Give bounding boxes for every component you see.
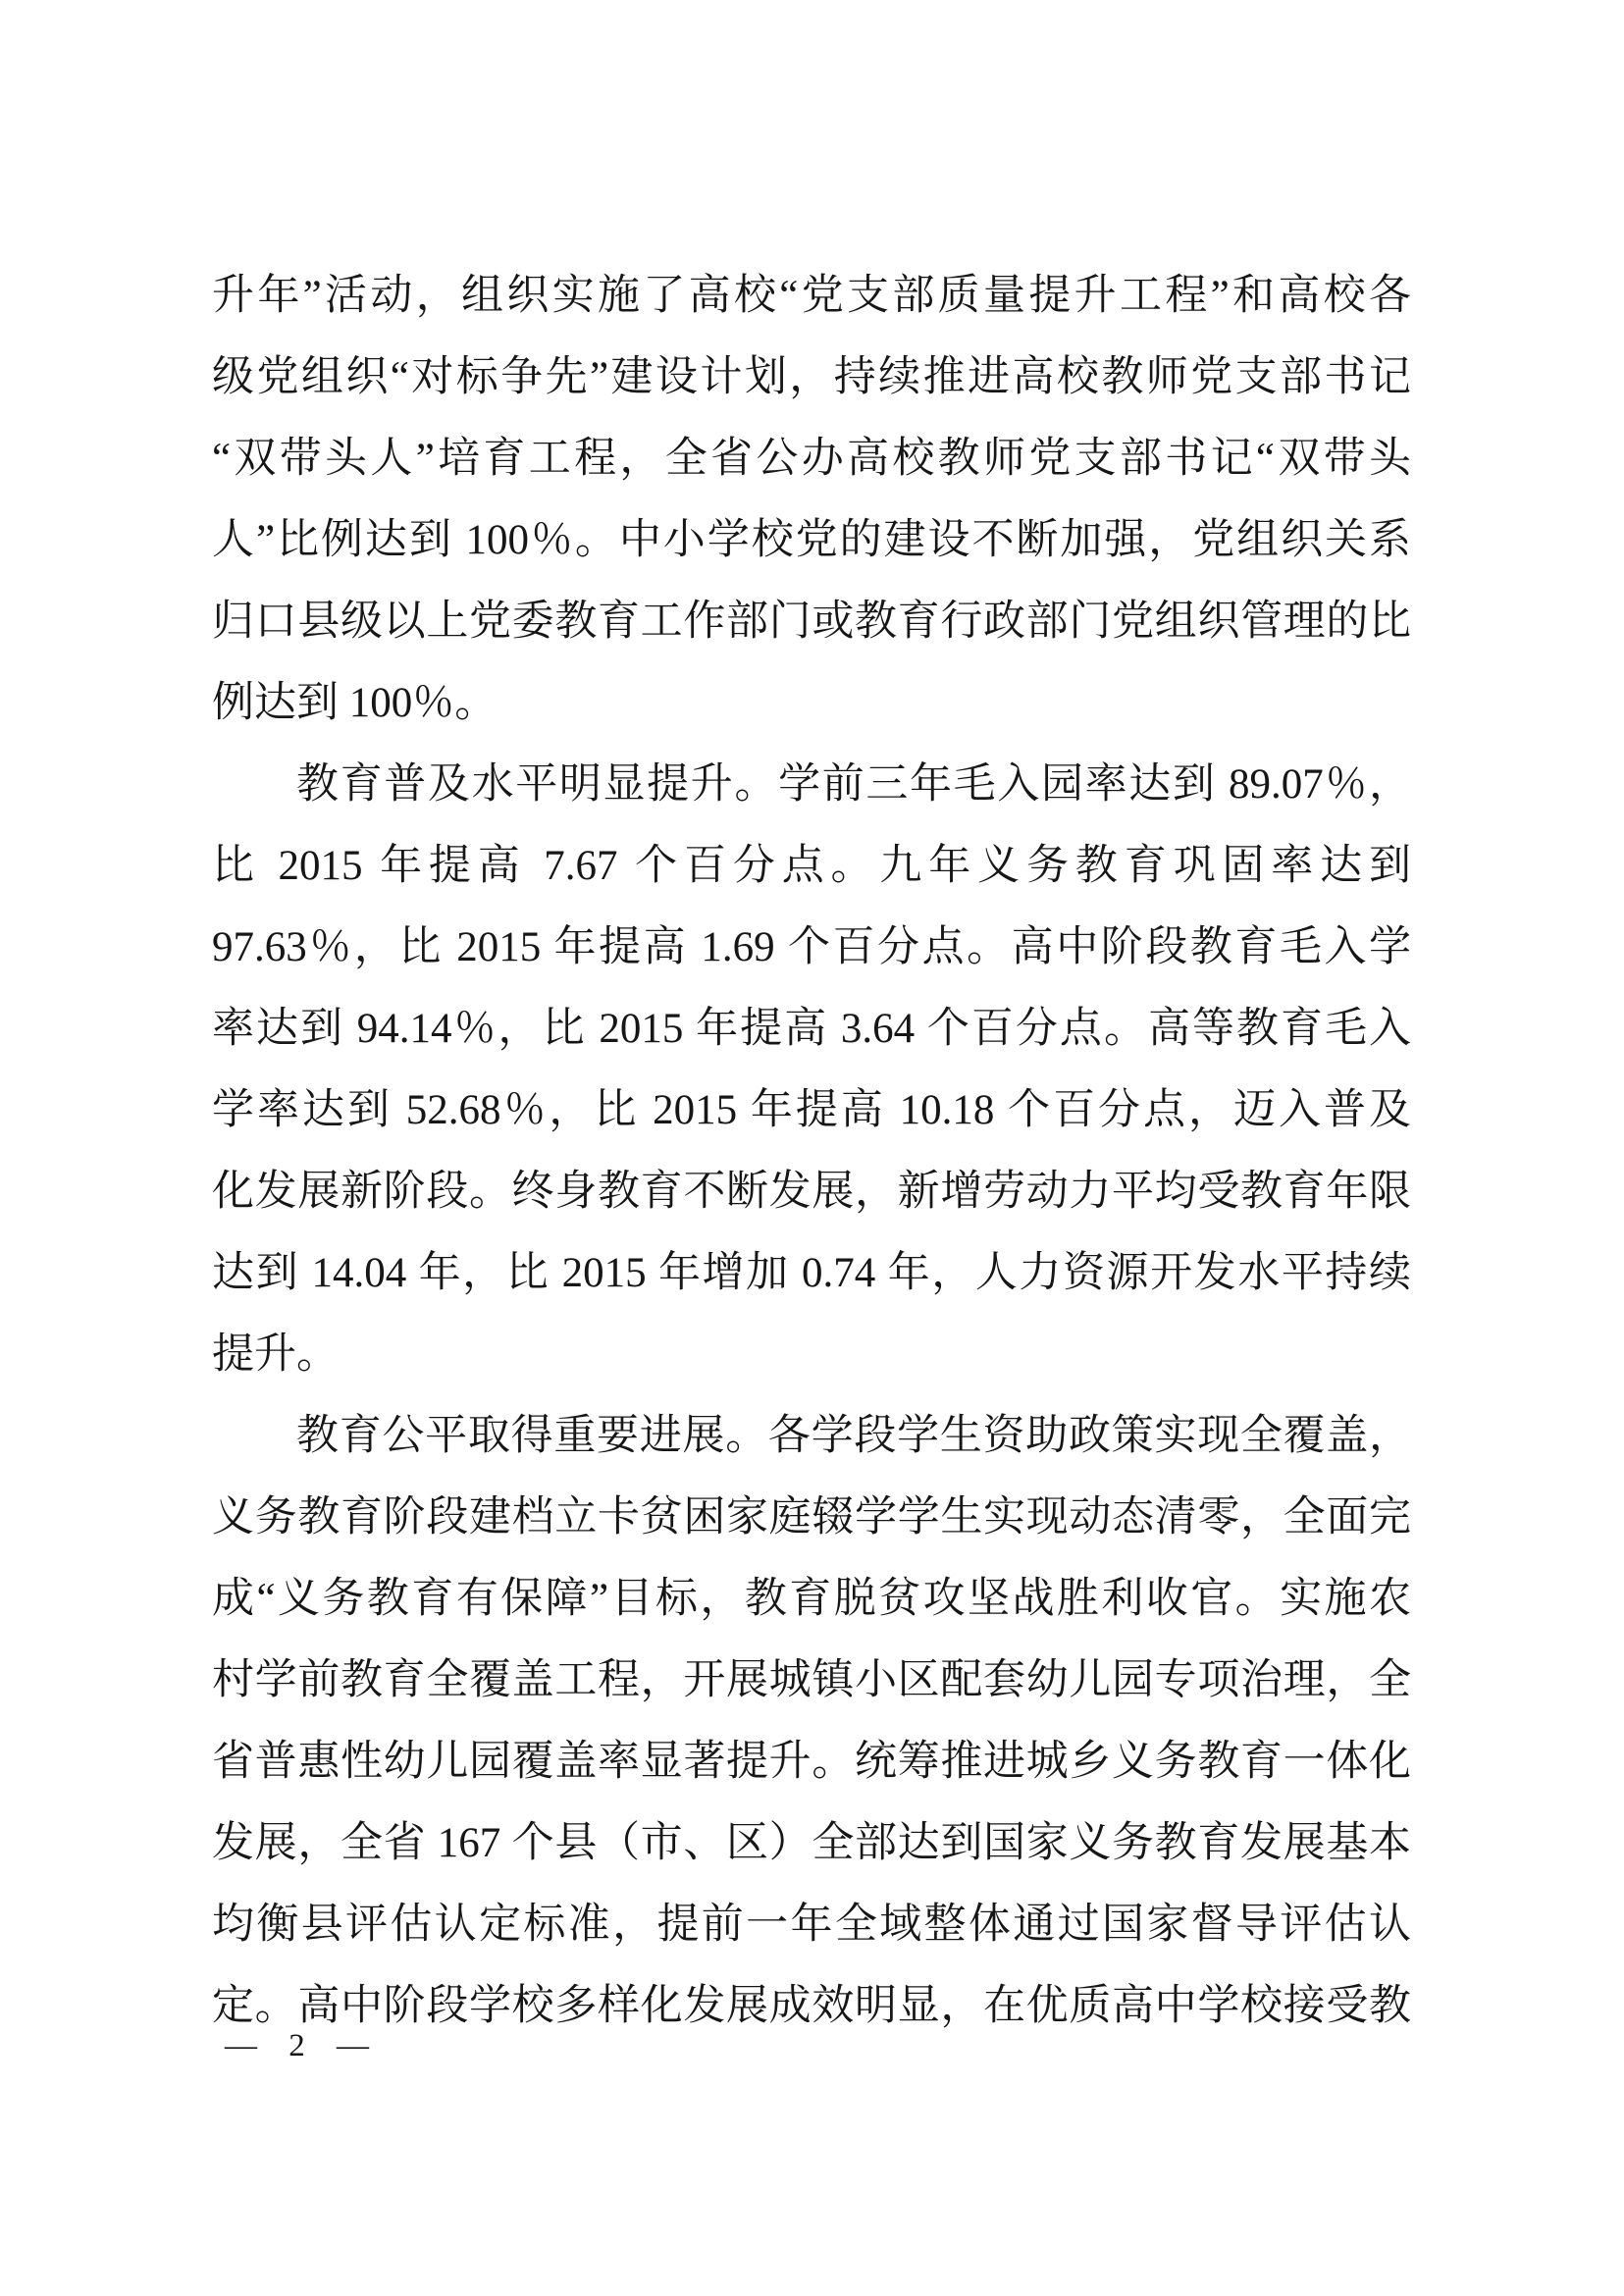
document-text-line: 级党组织“对标争先”建设计划，持续推进高校教师党支部书记 [212, 337, 1411, 418]
document-text-line: 率达到 94.14％，比 2015 年提高 3.64 个百分点。高等教育毛入 [212, 988, 1411, 1070]
document-text-line: 例达到 100％。 [212, 662, 1411, 744]
document-text-line: 提升。 [212, 1314, 1411, 1395]
page-number-footer: — 2 — [225, 2025, 380, 2066]
document-text-line: 升年”活动，组织实施了高校“党支部质量提升工程”和高校各 [212, 255, 1411, 337]
document-text-line: 义务教育阶段建档立卡贫困家庭辍学学生实现动态清零，全面完 [212, 1477, 1411, 1558]
document-text-line: 均衡县评估认定标准，提前一年全域整体通过国家督导评估认 [212, 1884, 1411, 1965]
document-text-line: 教育普及水平明显提升。学前三年毛入园率达到 89.07％， [212, 744, 1411, 825]
document-text-line: 教育公平取得重要进展。各学段学生资助政策实现全覆盖， [212, 1395, 1411, 1477]
document-text-line: 发展，全省 167 个县（市、区）全部达到国家义务教育发展基本 [212, 1802, 1411, 1884]
document-text-line: “双带头人”培育工程，全省公办高校教师党支部书记“双带头 [212, 418, 1411, 499]
document-text-line: 村学前教育全覆盖工程，开展城镇小区配套幼儿园专项治理，全 [212, 1640, 1411, 1721]
document-text-line: 比 2015 年提高 7.67 个百分点。九年义务教育巩固率达到 [212, 825, 1411, 907]
document-text-line: 学率达到 52.68％，比 2015 年提高 10.18 个百分点，迈入普及 [212, 1070, 1411, 1151]
document-text-line: 归口县级以上党委教育工作部门或教育行政部门党组织管理的比 [212, 581, 1411, 662]
document-text-line: 人”比例达到 100％。中小学校党的建设不断加强，党组织关系 [212, 499, 1411, 581]
document-text-line: 达到 14.04 年，比 2015 年增加 0.74 年，人力资源开发水平持续 [212, 1232, 1411, 1314]
document-page: 升年”活动，组织实施了高校“党支部质量提升工程”和高校各级党组织“对标争先”建设… [0, 0, 1624, 2296]
document-text-line: 成“义务教育有保障”目标，教育脱贫攻坚战胜利收官。实施农 [212, 1558, 1411, 1640]
document-text-line: 97.63％，比 2015 年提高 1.69 个百分点。高中阶段教育毛入学 [212, 907, 1411, 988]
document-text-block: 升年”活动，组织实施了高校“党支部质量提升工程”和高校各级党组织“对标争先”建设… [212, 255, 1411, 2047]
document-text-line: 化发展新阶段。终身教育不断发展，新增劳动力平均受教育年限 [212, 1151, 1411, 1232]
document-text-line: 定。高中阶段学校多样化发展成效明显，在优质高中学校接受教 [212, 1965, 1411, 2047]
document-text-line: 省普惠性幼儿园覆盖率显著提升。统筹推进城乡义务教育一体化 [212, 1721, 1411, 1802]
